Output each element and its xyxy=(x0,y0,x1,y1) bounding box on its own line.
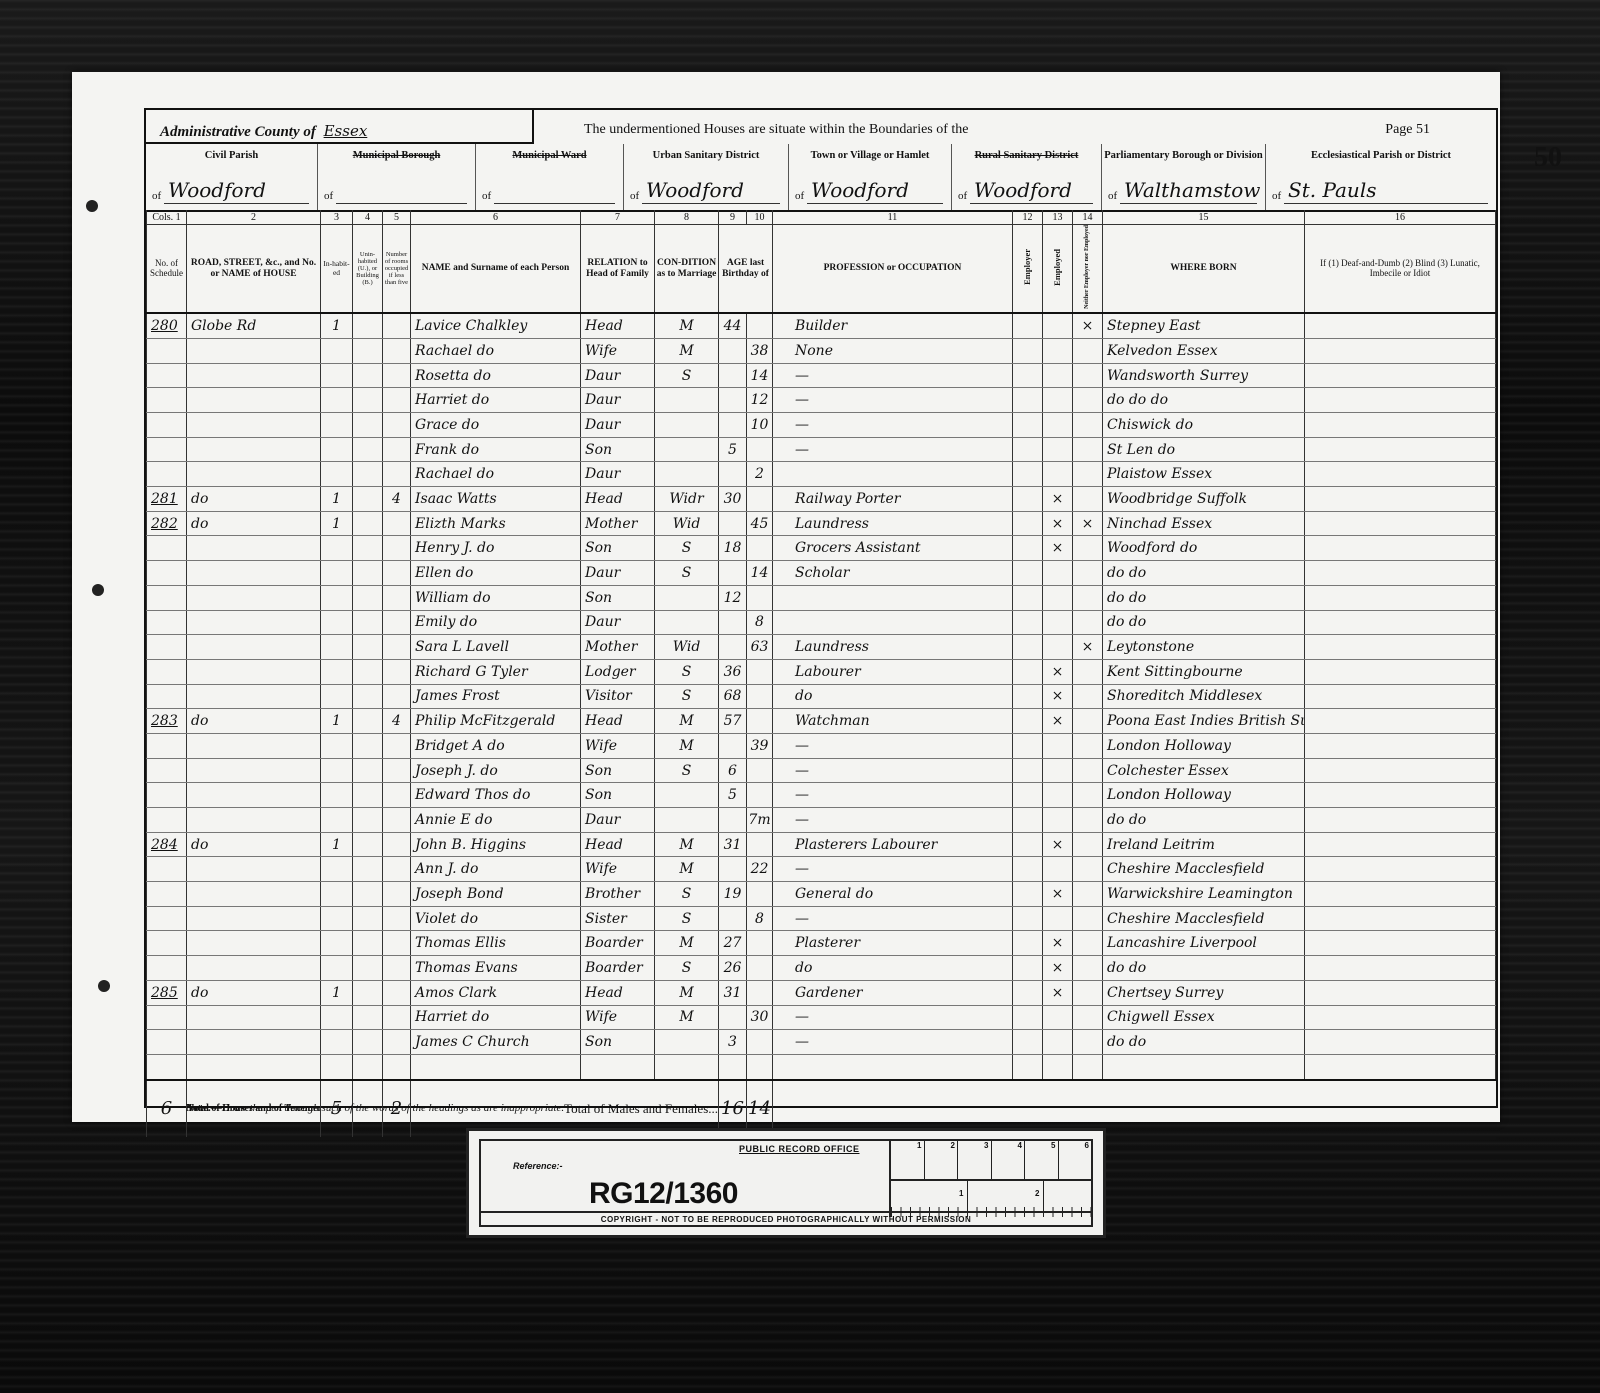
neither: × xyxy=(1073,511,1103,536)
of-label: of xyxy=(1108,190,1117,202)
female-age xyxy=(747,585,773,610)
table-row: Rosetta doDaurS14—Wandsworth Surrey xyxy=(147,363,1496,388)
occupation: — xyxy=(773,413,1013,438)
inhabited xyxy=(321,561,353,586)
road-name xyxy=(187,733,321,758)
relation: Lodger xyxy=(581,659,655,684)
female-age xyxy=(747,536,773,561)
relation: Brother xyxy=(581,882,655,907)
condition: M xyxy=(655,709,719,734)
employed xyxy=(1043,1005,1073,1030)
inhabited xyxy=(321,388,353,413)
where-born: Kelvedon Essex xyxy=(1103,338,1305,363)
condition: M xyxy=(655,857,719,882)
infirmity xyxy=(1305,733,1496,758)
header-schedule: No. of Schedule xyxy=(147,225,187,314)
copyright-notice: COPYRIGHT - NOT TO BE REPRODUCED PHOTOGR… xyxy=(481,1211,1091,1227)
road-name xyxy=(187,635,321,660)
punch-hole xyxy=(92,584,104,596)
male-age xyxy=(719,610,747,635)
relation: Daur xyxy=(581,808,655,833)
division-label: Ecclesiastical Parish or District xyxy=(1311,150,1451,161)
person-name xyxy=(411,1054,581,1079)
employed: × xyxy=(1043,536,1073,561)
rooms xyxy=(383,363,411,388)
rooms xyxy=(383,462,411,487)
schedule-number xyxy=(147,1005,187,1030)
where-born: Warwickshire Leamington xyxy=(1103,882,1305,907)
male-age: 30 xyxy=(719,487,747,512)
header-occupation: PROFESSION or OCCUPATION xyxy=(773,225,1013,314)
division-label: Town or Village or Hamlet xyxy=(811,150,930,161)
neither xyxy=(1073,1054,1103,1079)
occupation xyxy=(773,462,1013,487)
header-employer: Employer xyxy=(1013,225,1043,314)
rooms xyxy=(383,980,411,1005)
person-name: James Frost xyxy=(411,684,581,709)
infirmity xyxy=(1305,313,1496,338)
occupation: Builder xyxy=(773,313,1013,338)
employed xyxy=(1043,338,1073,363)
uninhabited xyxy=(353,956,383,981)
relation xyxy=(581,1054,655,1079)
road-name xyxy=(187,906,321,931)
inhabited xyxy=(321,956,353,981)
employer xyxy=(1013,783,1043,808)
schedule-number xyxy=(147,413,187,438)
schedule-number xyxy=(147,635,187,660)
table-row: Harriet doDaur12—do do do xyxy=(147,388,1496,413)
relation: Boarder xyxy=(581,931,655,956)
male-age xyxy=(719,906,747,931)
employer xyxy=(1013,313,1043,338)
inhabited xyxy=(321,808,353,833)
female-age: 12 xyxy=(747,388,773,413)
employed xyxy=(1043,363,1073,388)
infirmity xyxy=(1305,561,1496,586)
where-born: do do xyxy=(1103,561,1305,586)
neither xyxy=(1073,610,1103,635)
uninhabited xyxy=(353,610,383,635)
employed: × xyxy=(1043,511,1073,536)
person-name: Ellen do xyxy=(411,561,581,586)
rooms xyxy=(383,338,411,363)
table-row: Annie E doDaur7m—do do xyxy=(147,808,1496,833)
condition: M xyxy=(655,1005,719,1030)
male-age xyxy=(719,635,747,660)
schedule-number: 285 xyxy=(147,980,187,1005)
relation: Daur xyxy=(581,413,655,438)
infirmity xyxy=(1305,659,1496,684)
inhabited xyxy=(321,462,353,487)
occupation: — xyxy=(773,758,1013,783)
header-neither: Neither Employer nor Employed xyxy=(1073,225,1103,314)
division-municipal-ward: Municipal Wardof xyxy=(476,144,624,210)
employed: × xyxy=(1043,684,1073,709)
infirmity xyxy=(1305,857,1496,882)
neither xyxy=(1073,956,1103,981)
rooms xyxy=(383,561,411,586)
uninhabited xyxy=(353,585,383,610)
census-page: 50 Administrative County of Essex The un… xyxy=(72,72,1500,1122)
relation: Son xyxy=(581,536,655,561)
division-label: Municipal Ward xyxy=(512,150,586,161)
occupation: Labourer xyxy=(773,659,1013,684)
infirmity xyxy=(1305,882,1496,907)
neither xyxy=(1073,363,1103,388)
employed: × xyxy=(1043,980,1073,1005)
relation: Head xyxy=(581,313,655,338)
schedule-number xyxy=(147,338,187,363)
uninhabited xyxy=(353,733,383,758)
uninhabited xyxy=(353,511,383,536)
where-born: Poona East Indies British Subject xyxy=(1103,709,1305,734)
division-value: Woodford xyxy=(970,177,1093,204)
neither xyxy=(1073,684,1103,709)
occupation: — xyxy=(773,388,1013,413)
where-born: Plaistow Essex xyxy=(1103,462,1305,487)
schedule-number xyxy=(147,437,187,462)
condition: S xyxy=(655,906,719,931)
schedule-number: 280 xyxy=(147,313,187,338)
person-name: Rosetta do xyxy=(411,363,581,388)
male-age: 19 xyxy=(719,882,747,907)
where-born: Kent Sittingbourne xyxy=(1103,659,1305,684)
inhabited xyxy=(321,610,353,635)
infirmity xyxy=(1305,684,1496,709)
uninhabited xyxy=(353,363,383,388)
rooms xyxy=(383,635,411,660)
inhabited xyxy=(321,857,353,882)
schedule-number xyxy=(147,906,187,931)
employed: × xyxy=(1043,709,1073,734)
rooms xyxy=(383,413,411,438)
neither xyxy=(1073,1030,1103,1055)
scale-tick: 1 xyxy=(891,1141,925,1179)
relation: Daur xyxy=(581,462,655,487)
where-born: Colchester Essex xyxy=(1103,758,1305,783)
schedule-number xyxy=(147,733,187,758)
where-born: Chiswick do xyxy=(1103,413,1305,438)
table-row: Richard G TylerLodgerS36Labourer×Kent Si… xyxy=(147,659,1496,684)
occupation: Railway Porter xyxy=(773,487,1013,512)
table-row: Ann J. doWifeM22—Cheshire Macclesfield xyxy=(147,857,1496,882)
female-age: 8 xyxy=(747,610,773,635)
neither xyxy=(1073,733,1103,758)
condition xyxy=(655,585,719,610)
female-age xyxy=(747,684,773,709)
male-age: 44 xyxy=(719,313,747,338)
inhabited xyxy=(321,783,353,808)
male-age xyxy=(719,808,747,833)
occupation: — xyxy=(773,857,1013,882)
female-age: 7m xyxy=(747,808,773,833)
female-age: 45 xyxy=(747,511,773,536)
employer xyxy=(1013,1054,1043,1079)
uninhabited xyxy=(353,980,383,1005)
table-row: Thomas EvansBoarderS26do×do do xyxy=(147,956,1496,981)
person-name: Elizth Marks xyxy=(411,511,581,536)
of-label: of xyxy=(1272,190,1281,202)
employer xyxy=(1013,758,1043,783)
where-born: London Holloway xyxy=(1103,733,1305,758)
schedule-number xyxy=(147,585,187,610)
table-row: James C ChurchSon3—do do xyxy=(147,1030,1496,1055)
occupation: — xyxy=(773,783,1013,808)
header-age-label: AGE last Birthday of xyxy=(722,258,769,278)
inhabited xyxy=(321,758,353,783)
header-neither-label: Neither Employer nor Employed xyxy=(1084,225,1091,309)
where-born: Woodbridge Suffolk xyxy=(1103,487,1305,512)
infirmity xyxy=(1305,388,1496,413)
person-name: Violet do xyxy=(411,906,581,931)
rooms xyxy=(383,808,411,833)
condition xyxy=(655,808,719,833)
division-value xyxy=(336,177,467,204)
col-number: 2 xyxy=(187,210,321,225)
table-row: Rachael doWifeM38NoneKelvedon Essex xyxy=(147,338,1496,363)
occupation: — xyxy=(773,1005,1013,1030)
folio-number: 50 xyxy=(1534,142,1562,174)
division-label: Municipal Borough xyxy=(353,150,441,161)
scale-tick: 5 xyxy=(1025,1141,1059,1179)
table-row: James FrostVisitorS68do×Shoreditch Middl… xyxy=(147,684,1496,709)
infirmity xyxy=(1305,413,1496,438)
uninhabited xyxy=(353,635,383,660)
neither: × xyxy=(1073,313,1103,338)
inhabited xyxy=(321,338,353,363)
infirmity xyxy=(1305,832,1496,857)
relation: Wife xyxy=(581,733,655,758)
person-name: Ann J. do xyxy=(411,857,581,882)
neither xyxy=(1073,758,1103,783)
condition: M xyxy=(655,931,719,956)
where-born: Chigwell Essex xyxy=(1103,1005,1305,1030)
person-name: Joseph J. do xyxy=(411,758,581,783)
inhabited xyxy=(321,363,353,388)
total-schedules: 6 xyxy=(147,1080,187,1139)
division-urban-sanitary: Urban Sanitary DistrictofWoodford xyxy=(624,144,789,210)
employed xyxy=(1043,635,1073,660)
scale-tick: 2 xyxy=(925,1141,959,1179)
schedule-number xyxy=(147,882,187,907)
scale-top: 1 2 3 4 5 6 xyxy=(891,1141,1091,1181)
employed: × xyxy=(1043,659,1073,684)
header-employed-label: Employed xyxy=(1053,249,1062,286)
condition xyxy=(655,462,719,487)
rooms xyxy=(383,832,411,857)
inhabited: 1 xyxy=(321,511,353,536)
female-age xyxy=(747,783,773,808)
condition: M xyxy=(655,313,719,338)
uninhabited xyxy=(353,338,383,363)
road-name xyxy=(187,758,321,783)
relation: Mother xyxy=(581,511,655,536)
employer xyxy=(1013,561,1043,586)
division-value xyxy=(494,177,615,204)
neither xyxy=(1073,832,1103,857)
where-born: Lancashire Liverpool xyxy=(1103,931,1305,956)
header-uninhabited: Unin-habited (U.), or Building (B.) xyxy=(353,225,383,314)
relation: Visitor xyxy=(581,684,655,709)
male-age: 26 xyxy=(719,956,747,981)
male-age: 12 xyxy=(719,585,747,610)
uninhabited xyxy=(353,388,383,413)
person-name: Lavice Chalkley xyxy=(411,313,581,338)
employer xyxy=(1013,462,1043,487)
road-name xyxy=(187,783,321,808)
relation: Son xyxy=(581,1030,655,1055)
occupation xyxy=(773,585,1013,610)
schedule-number xyxy=(147,684,187,709)
column-headers-row: No. of Schedule ROAD, STREET, &c., and N… xyxy=(147,225,1496,314)
relation: Daur xyxy=(581,610,655,635)
road-name xyxy=(187,931,321,956)
employer xyxy=(1013,980,1043,1005)
occupation: Laundress xyxy=(773,635,1013,660)
schedule-number: 282 xyxy=(147,511,187,536)
infirmity xyxy=(1305,1005,1496,1030)
header-employed: Employed xyxy=(1043,225,1073,314)
male-age xyxy=(719,338,747,363)
division-town-village: Town or Village or HamletofWoodford xyxy=(789,144,952,210)
employed xyxy=(1043,1054,1073,1079)
table-row: Violet doSisterS8—Cheshire Macclesfield xyxy=(147,906,1496,931)
division-label: Urban Sanitary District xyxy=(653,150,760,161)
male-age xyxy=(719,561,747,586)
condition: S xyxy=(655,684,719,709)
schedule-number xyxy=(147,808,187,833)
employed xyxy=(1043,906,1073,931)
employed xyxy=(1043,783,1073,808)
road-name xyxy=(187,437,321,462)
road-name xyxy=(187,610,321,635)
header-road: ROAD, STREET, &c., and No. or NAME of HO… xyxy=(187,225,321,314)
schedule-number: 281 xyxy=(147,487,187,512)
condition xyxy=(655,783,719,808)
rooms xyxy=(383,758,411,783)
neither xyxy=(1073,561,1103,586)
neither xyxy=(1073,980,1103,1005)
road-name xyxy=(187,1005,321,1030)
employer xyxy=(1013,1005,1043,1030)
relation: Head xyxy=(581,980,655,1005)
male-age xyxy=(719,388,747,413)
schedule-number xyxy=(147,931,187,956)
inhabited xyxy=(321,413,353,438)
neither xyxy=(1073,659,1103,684)
condition: M xyxy=(655,733,719,758)
female-age: 14 xyxy=(747,363,773,388)
where-born: Leytonstone xyxy=(1103,635,1305,660)
division-municipal-borough: Municipal Boroughof xyxy=(318,144,476,210)
employer xyxy=(1013,363,1043,388)
road-name xyxy=(187,561,321,586)
schedule-number xyxy=(147,363,187,388)
neither xyxy=(1073,437,1103,462)
male-age xyxy=(719,857,747,882)
inhabited xyxy=(321,1030,353,1055)
col-number: Cols. 1 xyxy=(147,210,187,225)
rooms: 4 xyxy=(383,487,411,512)
footnote: Note.—Draw the pen through such of the w… xyxy=(186,1102,564,1114)
uninhabited xyxy=(353,758,383,783)
header-condition: CON-DITION as to Marriage xyxy=(655,225,719,314)
employed xyxy=(1043,808,1073,833)
neither xyxy=(1073,783,1103,808)
where-born: Cheshire Macclesfield xyxy=(1103,906,1305,931)
rooms xyxy=(383,684,411,709)
neither xyxy=(1073,413,1103,438)
female-age: 63 xyxy=(747,635,773,660)
person-name: Bridget A do xyxy=(411,733,581,758)
male-age: 5 xyxy=(719,783,747,808)
rooms xyxy=(383,585,411,610)
rooms xyxy=(383,1030,411,1055)
relation: Daur xyxy=(581,388,655,413)
table-row: 281do14Isaac WattsHeadWidr30Railway Port… xyxy=(147,487,1496,512)
header-where-born: WHERE BORN xyxy=(1103,225,1305,314)
employed xyxy=(1043,610,1073,635)
road-name xyxy=(187,536,321,561)
road-name xyxy=(187,1030,321,1055)
neither xyxy=(1073,1005,1103,1030)
condition: Wid xyxy=(655,635,719,660)
where-born xyxy=(1103,1054,1305,1079)
division-label: Civil Parish xyxy=(205,150,258,161)
female-age xyxy=(747,758,773,783)
employer xyxy=(1013,906,1043,931)
condition: S xyxy=(655,363,719,388)
occupation: General do xyxy=(773,882,1013,907)
col-number: 11 xyxy=(773,210,1013,225)
person-name: Emily do xyxy=(411,610,581,635)
division-parliamentary: Parliamentary Borough or DivisionofWalth… xyxy=(1102,144,1266,210)
occupation: None xyxy=(773,338,1013,363)
road-name xyxy=(187,338,321,363)
header-rooms: Number of rooms occupied if less than fi… xyxy=(383,225,411,314)
table-row: Joseph BondBrotherS19General do×Warwicks… xyxy=(147,882,1496,907)
neither xyxy=(1073,388,1103,413)
uninhabited xyxy=(353,931,383,956)
road-name xyxy=(187,808,321,833)
road-name xyxy=(187,857,321,882)
rooms xyxy=(383,659,411,684)
employer xyxy=(1013,585,1043,610)
schedule-number: 284 xyxy=(147,832,187,857)
infirmity xyxy=(1305,980,1496,1005)
admin-county: Administrative County of Essex xyxy=(146,110,534,144)
condition xyxy=(655,610,719,635)
person-name: Joseph Bond xyxy=(411,882,581,907)
schedule-number xyxy=(147,1030,187,1055)
uninhabited xyxy=(353,1030,383,1055)
where-born: do do xyxy=(1103,808,1305,833)
condition xyxy=(655,413,719,438)
scale-label: 1 xyxy=(959,1189,963,1198)
male-age xyxy=(719,413,747,438)
table-row: Ellen doDaurS14Scholardo do xyxy=(147,561,1496,586)
rooms xyxy=(383,882,411,907)
condition: S xyxy=(655,882,719,907)
rooms xyxy=(383,733,411,758)
condition: S xyxy=(655,561,719,586)
neither: × xyxy=(1073,635,1103,660)
road-name: Globe Rd xyxy=(187,313,321,338)
female-age: 14 xyxy=(747,561,773,586)
uninhabited xyxy=(353,462,383,487)
col-number: 10 xyxy=(747,210,773,225)
